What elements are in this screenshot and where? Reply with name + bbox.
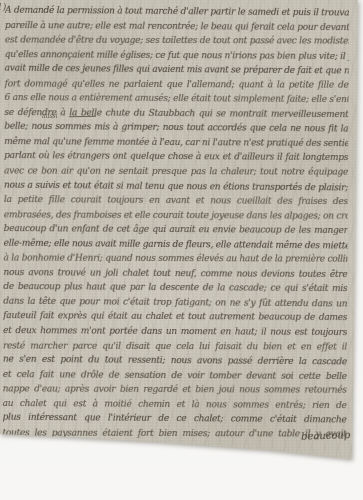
manuscript-line: même mal qu'une femme montée à l'eau, ca… [4,135,348,152]
interlinear-insertion: aussi [42,113,58,120]
manuscript-line: de beaucoup plus haut que par la descent… [3,280,347,297]
manuscript-line: et deux hommes m'ont portée dans un mome… [3,324,347,341]
manuscript-line: beaucoup d'un enfant de cet âge qui aura… [4,222,348,239]
catchword: beaucoup [301,430,351,443]
manuscript-line: 6 ans elle nous a entièrement amusés; el… [4,91,348,108]
manuscript-line: elle-même; elle nous avait mille garnis … [3,236,347,253]
manuscript-line: dans la tête que pour moi c'était trop f… [3,295,347,312]
manuscript-text: A demandé la permission à tout marché d'… [2,4,349,442]
manuscript-line: plus intéressant que l'intérieur de ce c… [2,411,346,428]
page-mark: 1) [0,3,6,13]
manuscript-line: pareille à une autre; elle est mal renco… [5,19,349,36]
manuscript-line: toutes les paysannes étaient fort bien m… [2,426,346,442]
paper-sheet: 1) A demandé la permission à tout marché… [0,0,363,500]
manuscript-line: ne s'en est point du tout ressenti; nous… [3,353,347,370]
manuscript-line: qu'elles annonçaient mille églises; ce f… [5,48,349,65]
manuscript-line: nous a suivis et tout était si mal tenu … [4,178,348,195]
manuscript-line: avec ce bon air qu'on ne sentait presque… [4,164,348,180]
scan-background: 1) A demandé la permission à tout marché… [0,0,363,500]
manuscript-line: parlant où les étrangers ont quelque cho… [4,149,348,166]
manuscript-line: est demandée d'être du voyage; ses toile… [5,34,349,50]
manuscript-line: la petite fille courait toujours en avan… [4,193,348,210]
manuscript-line: embrasées, des framboises et elle courai… [4,208,348,224]
manuscript-line: fort dommagé qu'elles ne parlaient que l… [4,77,348,93]
manuscript-line: nappe d'eau; après avoir bien regardé et… [3,383,347,399]
manuscript-page: 1) A demandé la permission à tout marché… [0,0,363,500]
manuscript-line: se défendre à la belle chute du Staubbac… [4,106,348,123]
manuscript-line: à la bonhomie d'Henri; quand nous sommes… [3,252,347,268]
manuscript-line: nous avons trouvé un joli chalet tout ne… [3,266,347,283]
manuscript-line: et cela fait une drôle de sensation de v… [3,368,347,385]
manuscript-line: fauteuil fait exprès qui était au chalet… [3,309,347,326]
manuscript-line: au chalet qui est à moitié chemin et là … [3,397,347,414]
manuscript-line: A demandé la permission à tout marché d'… [5,4,349,21]
staubbach-underline [69,116,96,117]
manuscript-line: avait mille de ces jeunes filles qui ava… [5,62,349,79]
manuscript-line: resté marcher parce qu'il disait que cel… [3,339,347,355]
manuscript-line: belle; nous sommes mis à grimper; nous t… [4,120,348,137]
